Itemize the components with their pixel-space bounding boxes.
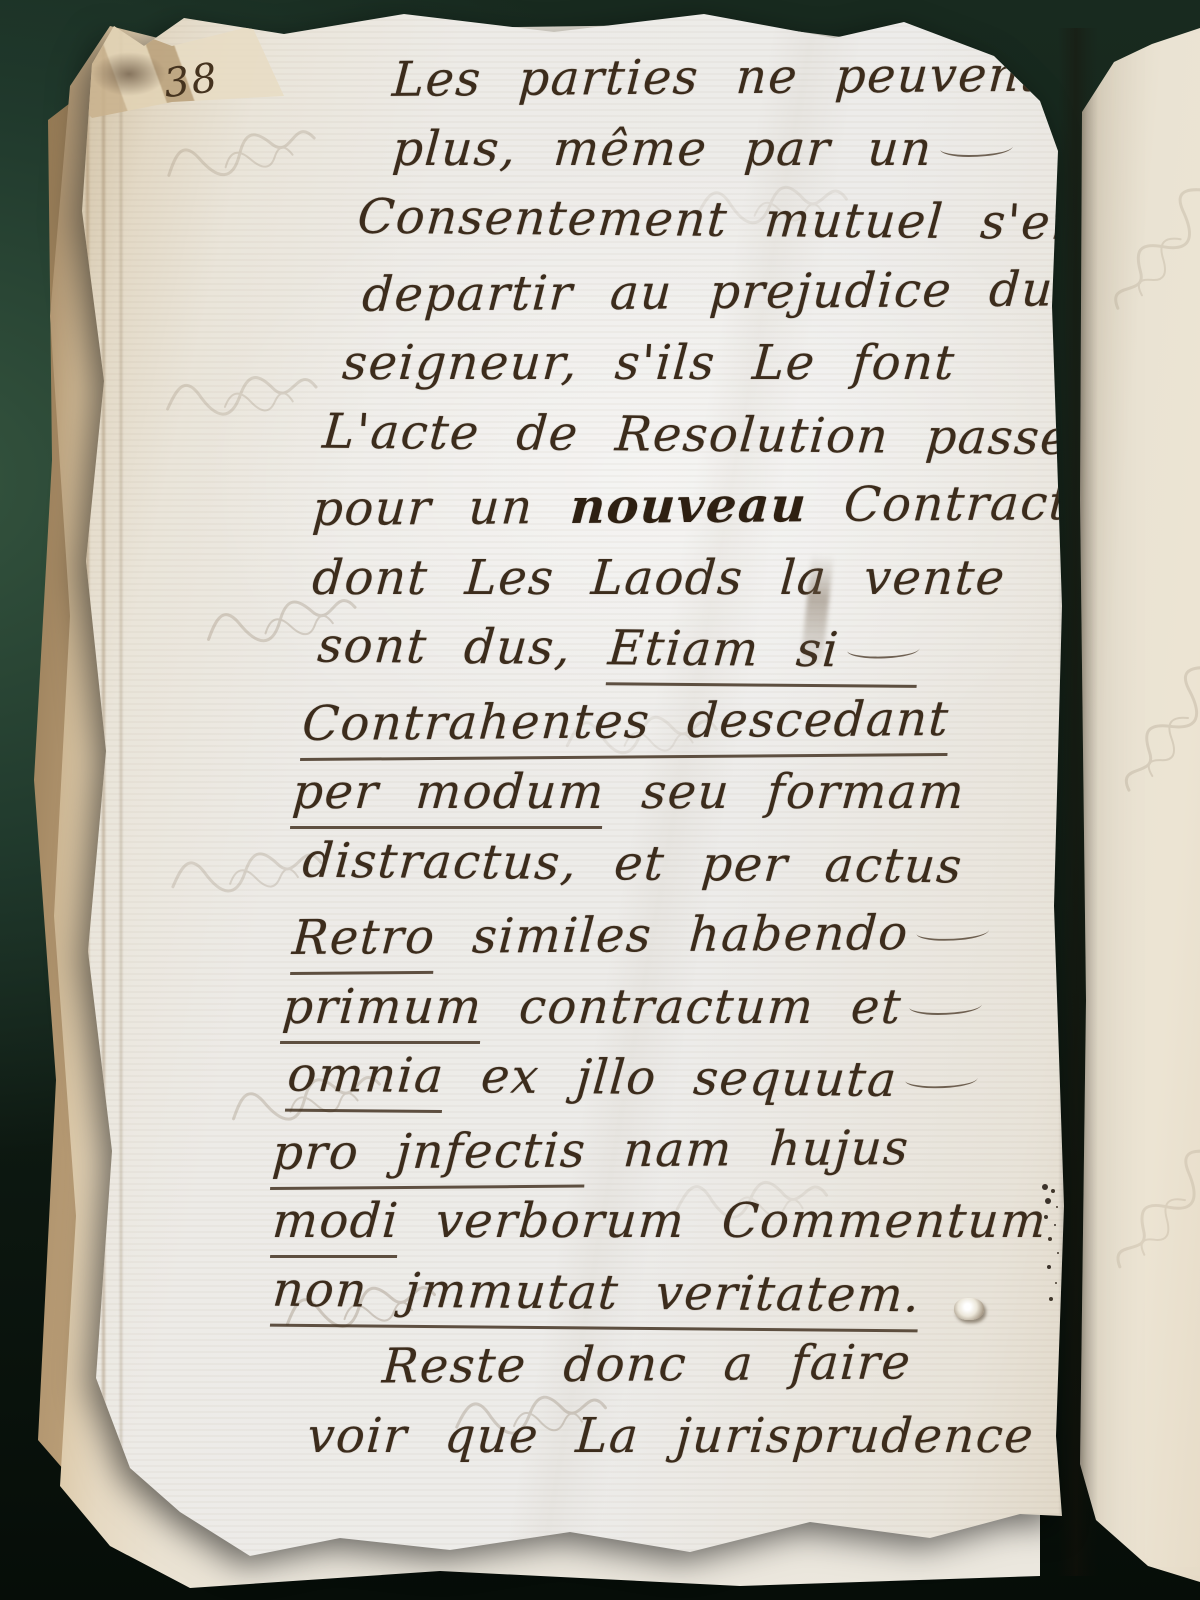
text-segment: seigneur, s'ils Le font (341, 335, 958, 391)
text-segment: L'acte de Resolution passe (321, 403, 1073, 466)
manuscript-line-9: sont dus, Etiam si (315, 611, 1080, 689)
manuscript-photo: 38 Les parties ne peuventplus, même par … (0, 0, 1200, 1600)
text-segment: seu formam (603, 764, 967, 820)
manuscript-line-17: modi verborum Commentum (270, 1186, 1040, 1258)
manuscript-line-2: plus, même par un (390, 114, 1115, 186)
manuscript-line-20: voir que La jurisprudence (305, 1401, 1025, 1473)
page-number: 38 (161, 55, 221, 107)
corner-stain (92, 52, 166, 96)
underlined-text: modi (270, 1193, 401, 1258)
text-segment: voir que La jurisprudence (306, 1408, 1037, 1464)
text-segment: nouveau (569, 477, 809, 535)
manuscript-line-14: primum contractum et (280, 972, 1055, 1044)
left-page-wrapper: 38 Les parties ne peuventplus, même par … (52, 6, 1092, 1581)
manuscript-line-3: Consentement mutuel s'en (355, 182, 1110, 260)
manuscript-line-13: Retro similes habendo (290, 897, 1060, 975)
deckle-fold-lines (86, 6, 164, 1581)
text-segment: ex jllo sequuta (442, 1048, 979, 1109)
manuscript-line-16: pro jnfectis nam hujus (270, 1111, 1045, 1189)
underlined-text: per modum (290, 764, 607, 829)
book-gutter (1058, 28, 1098, 1576)
manuscript-line-6: L'acte de Resolution passe (320, 396, 1095, 474)
underlined-text: Etiam si (605, 620, 921, 688)
text-segment: similes habendo (434, 905, 991, 965)
text-segment: verborum Commentum (397, 1193, 1049, 1249)
manuscript-line-10: Contrahentes descedant (300, 682, 1075, 760)
paper-hole (954, 1298, 984, 1320)
text-segment: Reste donc a faire (381, 1334, 914, 1394)
underlined-text: Contrahentes descedant (300, 690, 951, 760)
text-segment: pour un (311, 479, 572, 537)
underlined-text: Retro (290, 909, 437, 975)
text-segment: Les parties ne peuvent (391, 46, 1124, 108)
manuscript-page: 38 Les parties ne peuventplus, même par … (52, 6, 1092, 1581)
text-segment: nam hujus (585, 1120, 911, 1179)
text-segment: departir au prejudice du (361, 261, 1056, 322)
ink-blot (1042, 1184, 1048, 1190)
text-segment: contractum et (481, 979, 984, 1035)
bleedthrough-mark (1087, 172, 1200, 327)
bleedthrough-mark (1097, 651, 1200, 808)
manuscript-line-7: pour un nouveau Contract (310, 468, 1090, 546)
underlined-text: pro jnfectis (270, 1122, 588, 1189)
text-segment: sont dus, (316, 618, 611, 677)
text-block: Les parties ne peuventplus, même par unC… (240, 42, 1120, 1472)
manuscript-line-8: dont Les Laods la vente (310, 543, 1085, 615)
manuscript-line-4: departir au prejudice du (360, 254, 1105, 331)
manuscript-line-1: Les parties ne peuvent (390, 39, 1120, 116)
manuscript-line-18: non jmmutat veritatem. (270, 1254, 1035, 1332)
text-segment: Consentement mutuel s'en (356, 189, 1086, 251)
underlined-text: primum (280, 979, 485, 1044)
manuscript-line-12: distractus, et per actus (300, 825, 1065, 903)
manuscript-line-5: seigneur, s'ils Le font (340, 328, 1100, 400)
manuscript-line-11: per modum seu formam (290, 757, 1070, 829)
underlined-text: omnia (285, 1047, 447, 1113)
manuscript-line-15: omnia ex jllo sequuta (285, 1040, 1050, 1118)
text-segment: distractus, et per actus (301, 832, 965, 894)
text-segment: plus, même par un (391, 121, 1015, 177)
bleedthrough-mark (1090, 1133, 1200, 1286)
manuscript-line-19: Reste donc a faire (380, 1326, 1030, 1403)
text-segment: Contract (805, 475, 1071, 533)
underlined-text: non jmmutat veritatem. (270, 1261, 923, 1332)
text-segment: dont Les Laods la vente (311, 550, 1008, 606)
